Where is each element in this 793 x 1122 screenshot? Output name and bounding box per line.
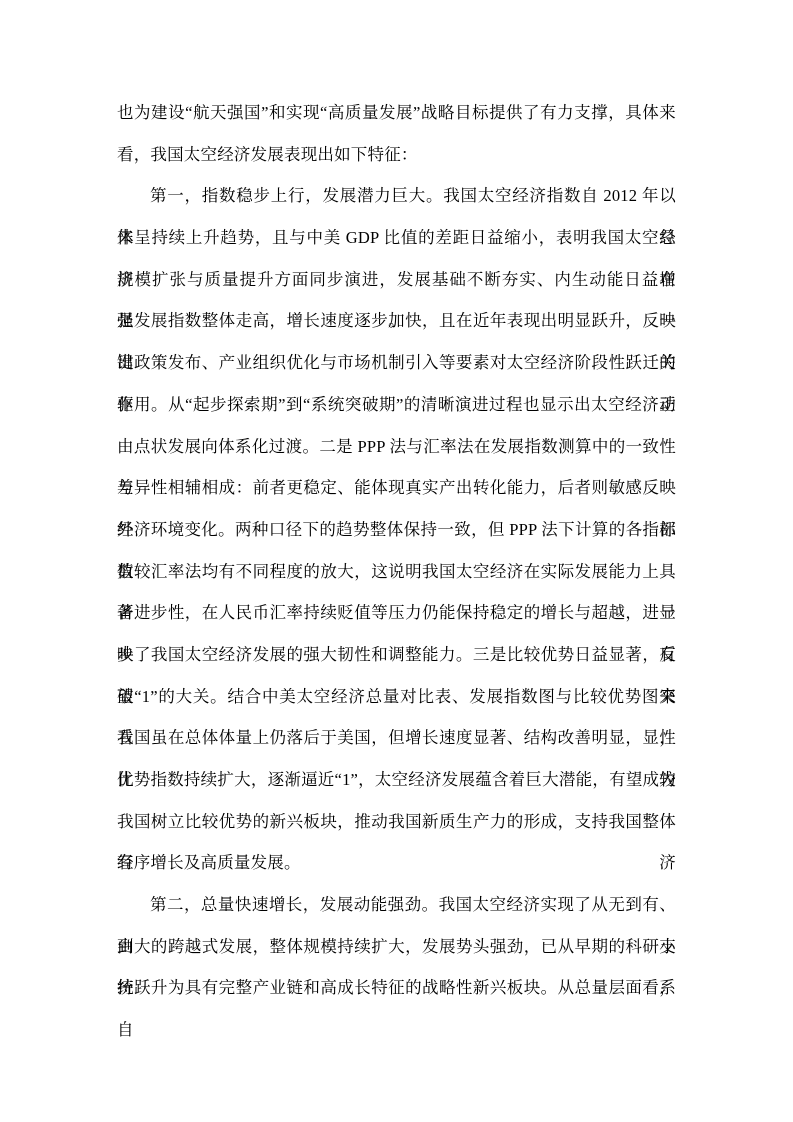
text-line: 映了我国太空经济发展的强大韧性和调整能力。三是比较优势日益显著，有望突: [117, 634, 676, 676]
text-line: 键政策发布、产业组织优化与市场机制引入等要素对太空经济阶段性跃迁的驱动: [117, 342, 676, 384]
text-line: 到大的跨越式发展，整体规模持续扩大，发展势头强劲，已从早期的科研支持系: [117, 926, 676, 968]
text-line: 我国树立比较优势的新兴板块，推动我国新质生产力的形成，支持我国整体经济: [117, 801, 676, 843]
text-line: 优势指数持续扩大，逐渐逼近“1”，太空经济发展蕴含着巨大潜能，有望成为: [117, 759, 676, 801]
text-line: 差异性相辅相成：前者更稳定、能体现真实产出转化能力，后者则敏感反映外部: [117, 467, 676, 509]
text-line: 破“1”的大关。结合中美太空经济总量对比表、发展指数图与比较优势图来看，: [117, 676, 676, 718]
text-line: 看，我国太空经济发展表现出如下特征：: [117, 134, 676, 176]
text-line: 规模扩张与质量提升方面同步演进，发展基础不断夯实、内生动能日益增强。一: [117, 259, 676, 301]
text-line: 是发展指数整体走高，增长速度逐步加快，且在近年表现出明显跃升，反映出关: [117, 300, 676, 342]
text-line: 也为建设“航天强国”和实现“高质量发展”战略目标提供了有力支撑，具体来: [117, 92, 676, 134]
text-line: 统跃升为具有完整产业链和高成长特征的战略性新兴板块。从总量层面看，自: [117, 967, 676, 1009]
text-line: 值较汇率法均有不同程度的放大，这说明我国太空经济在实际发展能力上具备显: [117, 551, 676, 593]
text-line: 由点状发展向体系化过渡。二是 PPP 法与汇率法在发展指数测算中的一致性与: [117, 426, 676, 468]
text-line: 著进步性，在人民币汇率持续贬值等压力仍能保持稳定的增长与超越，进一步反: [117, 592, 676, 634]
text-line: 第一，指数稳步上行，发展潜力巨大。我国太空经济指数自 2012 年以来总: [117, 175, 676, 217]
text-line: 我国虽在总体体量上仍落后于美国，但增长速度显著、结构改善明显，显性比较: [117, 717, 676, 759]
document-body: 也为建设“航天强国”和实现“高质量发展”战略目标提供了有力支撑，具体来看，我国太…: [117, 92, 676, 1009]
text-line: 作用。从“起步探索期”到“系统突破期”的清晰演进过程也显示出太空经济正: [117, 384, 676, 426]
text-line: 第二，总量快速增长，发展动能强劲。我国太空经济实现了从无到有、由小: [117, 884, 676, 926]
text-line: 体呈持续上升趋势，且与中美 GDP 比值的差距日益缩小，表明我国太空经济在: [117, 217, 676, 259]
text-line: 经济环境变化。两种口径下的趋势整体保持一致，但 PPP 法下计算的各指标数: [117, 509, 676, 551]
document-page: 也为建设“航天强国”和实现“高质量发展”战略目标提供了有力支撑，具体来看，我国太…: [0, 0, 793, 1122]
